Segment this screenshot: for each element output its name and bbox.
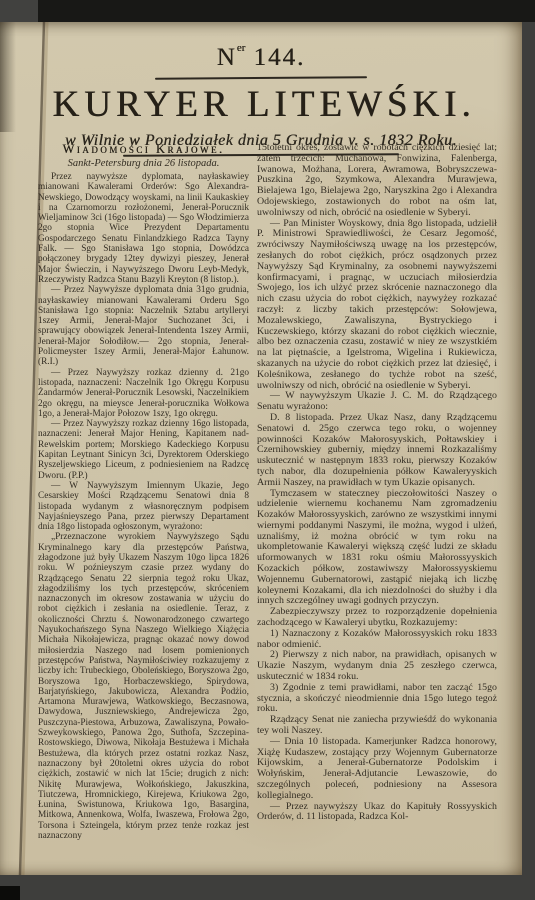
article-paragraph: Rządzący Senat nie zaniecha przywieśdź d…: [257, 715, 497, 737]
article-paragraph: Przez naywyższe dyplomata, nayłaskawiey …: [38, 172, 249, 285]
article-paragraph: D. 8 listopada. Przez Ukaz Nasz, dany Rz…: [257, 413, 497, 489]
scanned-newspaper-scene: Ner 144. KURYER LITEWŚKI. w Wilnie w Pon…: [0, 0, 535, 900]
article-paragraph: — Pan Minister Woyskowy, dnia 8go listop…: [257, 219, 497, 392]
issue-prefix: N: [217, 44, 237, 71]
scan-bottom-notch: [0, 886, 20, 900]
newspaper-title: KURYER LITEWŚKI.: [0, 83, 522, 126]
scan-top-band: [0, 0, 535, 22]
article-paragraph: „Przeznaczone wyrokiem Naywyższego Sądu …: [38, 532, 249, 841]
left-column: Wiadomości Krajowe. Sankt-Petersburg dni…: [38, 143, 249, 841]
article-paragraph: 15toletni okres, zostawić w robotach cię…: [257, 143, 497, 219]
article-paragraph: — Przez Naywyższe dyplomata dnia 31go gr…: [38, 285, 249, 367]
issue-superscript: er: [237, 42, 246, 54]
article-paragraph: Tymczasem w stateczney pieczołowitości N…: [257, 489, 497, 608]
article-paragraph: — W naywyższym Ukazie J. C. M. do Rządzą…: [257, 391, 497, 413]
article-paragraph: — Przez Naywyższy rozkaz dzienny d. 21go…: [38, 368, 249, 419]
right-column: 15toletni okres, zostawić w robotach cię…: [257, 143, 497, 841]
issue-number-value: 144.: [254, 44, 306, 71]
article-paragraph: — Przez Naywyższy rozkaz dzienny 16go li…: [38, 419, 249, 481]
newspaper-page: Ner 144. KURYER LITEWŚKI. w Wilnie w Pon…: [0, 22, 522, 875]
article-paragraph: 3) Zgodnie z temi prawidłami, nabor ten …: [257, 683, 497, 715]
issue-number: Ner 144.: [0, 42, 522, 72]
article-paragraph: 2) Pierwszy z nich nabor, na prawidłach,…: [257, 650, 497, 682]
scan-top-band-corner: [0, 0, 38, 22]
article-paragraph: — W Naywyższym Imiennym Ukazie, Jego Ces…: [38, 481, 249, 532]
article-paragraph: — Przez naywyższy Ukaz do Kapituły Rossy…: [257, 802, 497, 824]
article-columns: Wiadomości Krajowe. Sankt-Petersburg dni…: [38, 143, 497, 841]
article-paragraph: — Dnia 10 listopada. Kamerjunker Radzca …: [257, 737, 497, 802]
masthead: Ner 144. KURYER LITEWŚKI. w Wilnie w Pon…: [0, 22, 522, 156]
section-heading: Wiadomości Krajowe.: [38, 143, 249, 156]
article-dateline-heading: Sankt-Petersburg dnia 26 listopada.: [38, 158, 249, 170]
masthead-rule-top: [155, 76, 367, 79]
article-paragraph: 1) Naznaczony z Kozaków Małorossyyskich …: [257, 629, 497, 651]
article-paragraph: Zabezpieczywszy przez to rozporządzenie …: [257, 607, 497, 629]
